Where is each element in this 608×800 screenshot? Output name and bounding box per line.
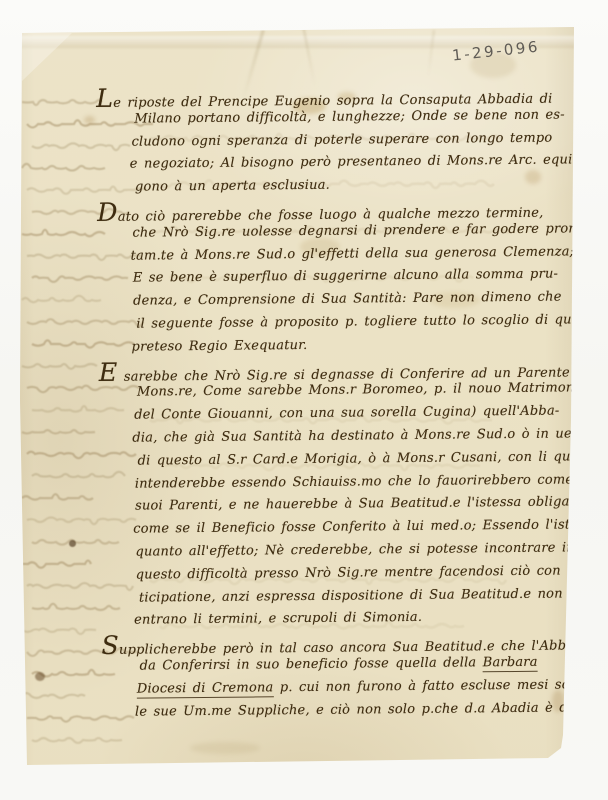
line-segment: preteso Regio Exequatur.: [131, 338, 307, 355]
line-segment: il seguente fosse à proposito p. toglier…: [136, 312, 584, 331]
line-segment: E se bene è superfluo di suggerirne alcu…: [133, 267, 558, 286]
line-segment: quanto all'effetto; Nè crederebbe, che s…: [135, 540, 575, 559]
manuscript-line: e negoziato; Al bisogno però presentaneo…: [93, 150, 573, 177]
manuscript-text-block: Le riposte del Prencipe Eugenio sopra la…: [94, 81, 578, 724]
line-segment: di questo al S.r Card.e Morigia, ò à Mon…: [138, 449, 588, 468]
line-segment: tam.te à Mons.re Sud.o gl'effetti della …: [131, 244, 575, 263]
line-segment: p. cui non furono à fatto escluse mesi s…: [273, 677, 586, 695]
line-segment: Mons.re, Come sarebbe Mons.r Boromeo, p.…: [137, 381, 587, 400]
line-segment: gono à un aperta esclusiua.: [135, 178, 330, 195]
line-segment: intenderebbe essendo Schiauiss.mo che lo…: [135, 472, 589, 491]
foxing-stain: [35, 672, 45, 681]
line-segment: Milano portano difficoltà, e lunghezze; …: [134, 107, 565, 126]
manuscript-line: il seguente fosse à proposito p. toglier…: [99, 309, 574, 336]
line-segment: e negoziato; Al bisogno però presentaneo…: [130, 153, 598, 172]
line-segment: del Conte Giouanni, con una sua sorella …: [134, 404, 559, 423]
line-segment: suoi Parenti, e ne hauerebbe à Sua Beati…: [135, 495, 596, 514]
underlined-segment: Diocesi di Cremona: [137, 680, 274, 698]
manuscript-line: le sue Um.me Suppliche, e ciò non solo p…: [98, 697, 578, 724]
line-segment: questo difficoltà presso Nrò Sig.re ment…: [136, 563, 595, 582]
manuscript-sheet: 1-29-096 Le riposte del Prencipe Eugenio…: [0, 0, 608, 800]
scan-background: 1-29-096 Le riposte del Prencipe Eugenio…: [0, 0, 608, 800]
line-segment: che Nrò Sig.re uolesse degnarsi di prend…: [132, 221, 581, 240]
line-segment: cludono ogni speranza di poterle superar…: [131, 130, 552, 149]
line-segment: dia, che già Sua Santità ha destinato à …: [132, 426, 587, 445]
foxing-stain: [190, 742, 260, 754]
line-segment: come se il Beneficio fosse Conferito à l…: [133, 517, 600, 536]
line-segment: le sue Um.me Suppliche, e ciò non solo p…: [135, 700, 608, 720]
line-segment: ticipatione, anzi espressa dispositione …: [139, 586, 563, 605]
line-segment: entrano li termini, e scrupoli di Simoni…: [134, 610, 422, 628]
line-segment: da Conferirsi in suo beneficio fosse que…: [139, 655, 482, 673]
line-segment: denza, e Comprensione di Sua Santità: Pa…: [133, 290, 562, 309]
foxing-stain: [69, 540, 76, 547]
underlined-segment: Barbara: [483, 655, 538, 673]
